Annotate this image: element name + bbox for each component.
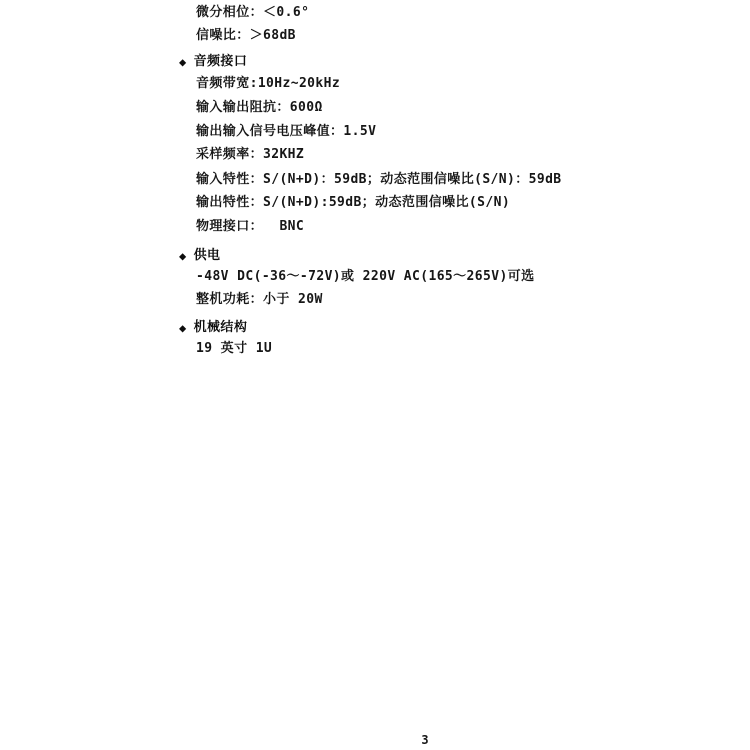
diamond-bullet-icon: ◆	[179, 249, 187, 263]
spec-line-power-consumption: 整机功耗：小于 20W	[196, 293, 323, 307]
spec-line-io-impedance: 输入输出阻抗：600Ω	[196, 101, 323, 115]
diamond-bullet-icon: ◆	[179, 55, 187, 69]
spec-line-output-characteristics: 输出特性：S/(N+D):59dB；动态范围信噪比(S/N)	[196, 196, 510, 210]
document-page: 微分相位：＜0.6° 信噪比：＞68dB ◆ 音频接口 音频带宽:10Hz~20…	[0, 0, 750, 750]
section-heading-power-supply: ◆ 供电	[179, 249, 220, 263]
section-heading-label: 机械结构	[194, 321, 248, 335]
spec-line-chassis-size: 19 英寸 1U	[196, 342, 272, 356]
spec-line-signal-voltage-peak: 输出输入信号电压峰值：1.5V	[196, 125, 376, 139]
section-heading-audio-interface: ◆ 音频接口	[179, 55, 247, 69]
spec-line-differential-phase: 微分相位：＜0.6°	[196, 6, 309, 20]
section-heading-label: 供电	[194, 249, 221, 263]
spec-line-audio-bandwidth: 音频带宽:10Hz~20kHz	[196, 77, 340, 91]
spec-line-sampling-rate: 采样频率：32KHZ	[196, 148, 304, 162]
section-heading-label: 音频接口	[194, 55, 248, 69]
spec-line-physical-interface: 物理接口： BNC	[196, 220, 304, 234]
spec-line-snr: 信噪比：＞68dB	[196, 29, 296, 43]
diamond-bullet-icon: ◆	[179, 321, 187, 335]
spec-line-input-characteristics: 输入特性：S/(N+D)：59dB；动态范围信噪比(S/N)：59dB	[196, 173, 562, 187]
spec-line-power-options: -48V DC(-36～-72V)或 220V AC(165～265V)可选	[196, 270, 534, 284]
page-number: 3	[412, 733, 438, 747]
section-heading-mechanical-structure: ◆ 机械结构	[179, 321, 247, 335]
